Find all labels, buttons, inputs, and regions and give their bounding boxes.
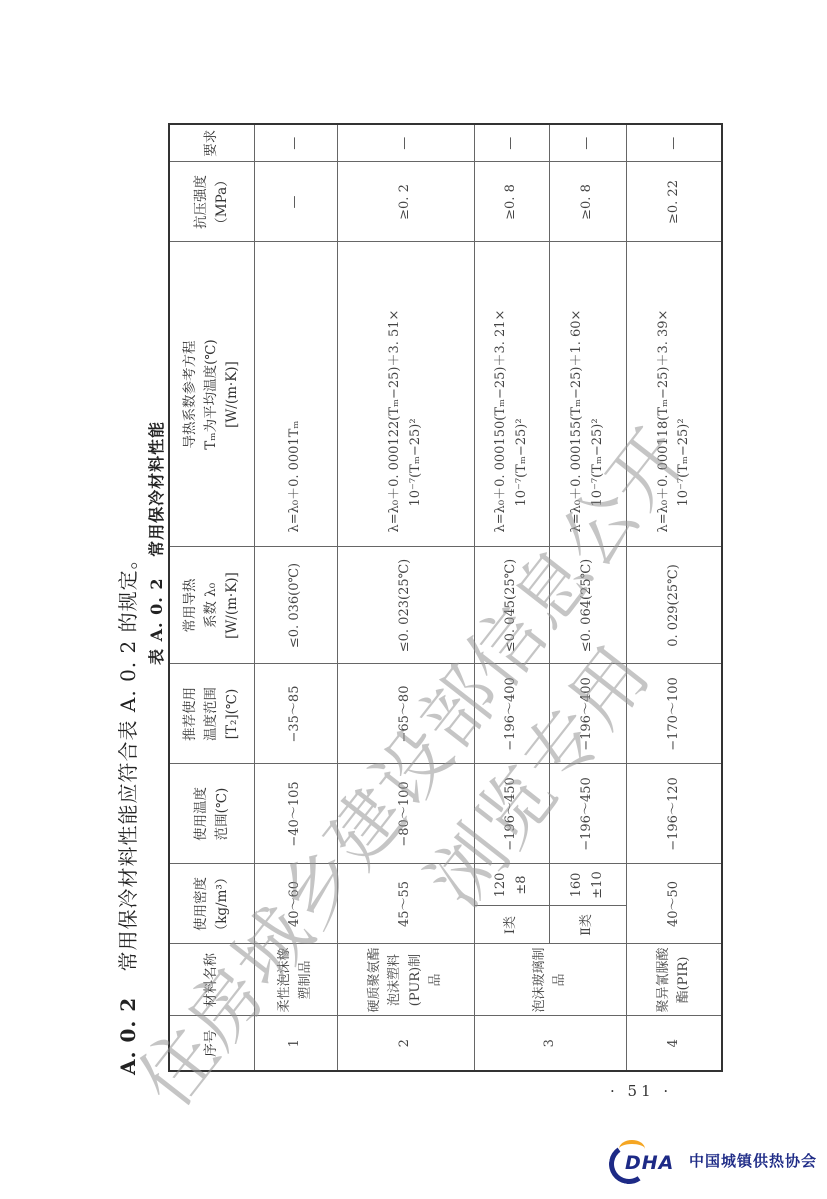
cell-requirement: — — [626, 124, 722, 162]
cell-density: 40～60 — [254, 864, 337, 944]
cell-equation: λ=λ₀＋0. 0001Tₘ — [254, 242, 337, 547]
table-caption: 表 A. 0. 2 常用保冷材料性能 — [144, 421, 167, 665]
cell-requirement: — — [337, 124, 474, 162]
table-header-row: 序号 材料名称 使用密度 （kg/m³） 使用温度 范围(℃) 推荐使用 温度范… — [169, 124, 254, 1071]
cell-class: Ⅱ类 — [549, 906, 626, 944]
cell-temp-range: −196～120 — [626, 764, 722, 864]
cell-lambda0: 0. 029(25℃) — [626, 547, 722, 664]
cell-lambda0: ≤0. 064(25℃) — [549, 547, 626, 664]
cell-requirement: — — [549, 124, 626, 162]
header-strength: 抗压强度 （MPa） — [169, 162, 254, 242]
table-caption-number: 表 A. 0. 2 — [147, 577, 166, 665]
cell-rec-temp: −196～400 — [549, 664, 626, 764]
cell-name: 泡沫玻璃制品 — [474, 944, 626, 1016]
cell-name: 柔性泡沫橡塑制品 — [254, 944, 337, 1016]
header-density: 使用密度 （kg/m³） — [169, 864, 254, 944]
cell-strength: — — [254, 162, 337, 242]
cell-no: 4 — [626, 1016, 722, 1071]
cell-density: 120 ±8 — [474, 864, 549, 906]
rotated-page-content: A. 0. 2 常用保冷材料性能应符合表 A. 0. 2 的规定。 表 A. 0… — [100, 125, 730, 1075]
cell-class: Ⅰ类 — [474, 906, 549, 944]
section-number: A. 0. 2 — [116, 997, 140, 1075]
cell-equation: λ=λ₀＋0. 000155(Tₘ−25)＋1. 60× 10⁻⁷(Tₘ−25)… — [549, 242, 626, 547]
header-no: 序号 — [169, 1016, 254, 1071]
header-recommended-temp: 推荐使用 温度范围 [T₂](℃) — [169, 664, 254, 764]
logo-name: 中国城镇供热协会 — [689, 1150, 817, 1171]
cell-equation: λ=λ₀＋0. 000118(Tₘ−25)＋3. 39× 10⁻⁷(Tₘ−25)… — [626, 242, 722, 547]
table-caption-title: 常用保冷材料性能 — [147, 421, 166, 557]
cell-no: 1 — [254, 1016, 337, 1071]
cell-name: 硬质聚氨酯泡沫塑料(PUR)制品 — [337, 944, 474, 1016]
cell-temp-range: −196～450 — [474, 764, 549, 864]
header-name: 材料名称 — [169, 944, 254, 1016]
cell-requirement: — — [254, 124, 337, 162]
cell-rec-temp: −196～400 — [474, 664, 549, 764]
header-lambda0: 常用导热 系数 λ₀ [W/(m·K)] — [169, 547, 254, 664]
header-requirement: 要求 — [169, 124, 254, 162]
cell-temp-range: −40～105 — [254, 764, 337, 864]
cell-no: 2 — [337, 1016, 474, 1071]
cell-strength: ≥0. 8 — [474, 162, 549, 242]
cell-requirement: — — [474, 124, 549, 162]
materials-table: 序号 材料名称 使用密度 （kg/m³） 使用温度 范围(℃) 推荐使用 温度范… — [168, 123, 723, 1072]
cell-rec-temp: −170～100 — [626, 664, 722, 764]
cell-rec-temp: −35～85 — [254, 664, 337, 764]
cell-equation: λ=λ₀＋0. 000150(Tₘ−25)＋3. 21× 10⁻⁷(Tₘ−25)… — [474, 242, 549, 547]
cell-strength: ≥0. 22 — [626, 162, 722, 242]
section-heading: A. 0. 2 常用保冷材料性能应符合表 A. 0. 2 的规定。 — [112, 548, 141, 1075]
cell-lambda0: ≤0. 045(25℃) — [474, 547, 549, 664]
table-row: Ⅱ类 160 ±10 −196～450 −196～400 ≤0. 064(25℃… — [549, 124, 626, 1071]
cell-density: 160 ±10 — [549, 864, 626, 906]
dha-logo-icon: DHA — [605, 1140, 685, 1180]
cell-density: 45～55 — [337, 864, 474, 944]
header-equation: 导热系数参考方程 Tₘ为平均温度(℃) [W/(m·K)] — [169, 242, 254, 547]
table-row: 3 泡沫玻璃制品 Ⅰ类 120 ±8 −196～450 −196～400 ≤0.… — [474, 124, 549, 1071]
cell-equation: λ=λ₀＋0. 000122(Tₘ−25)＋3. 51× 10⁻⁷(Tₘ−25)… — [337, 242, 474, 547]
cell-strength: ≥0. 2 — [337, 162, 474, 242]
cell-no: 3 — [474, 1016, 626, 1071]
cell-rec-temp: −65～80 — [337, 664, 474, 764]
table-row: 1 柔性泡沫橡塑制品 40～60 −40～105 −35～85 ≤0. 036(… — [254, 124, 337, 1071]
header-temp-range: 使用温度 范围(℃) — [169, 764, 254, 864]
cell-name: 聚异氰脲酸酯(PIR) — [626, 944, 722, 1016]
footer-logo: DHA 中国城镇供热协会 — [605, 1140, 817, 1180]
cell-temp-range: −80～100 — [337, 764, 474, 864]
cell-temp-range: −196～450 — [549, 764, 626, 864]
table-row: 2 硬质聚氨酯泡沫塑料(PUR)制品 45～55 −80～100 −65～80 … — [337, 124, 474, 1071]
cell-strength: ≥0. 8 — [549, 162, 626, 242]
table-row: 4 聚异氰脲酸酯(PIR) 40～50 −196～120 −170～100 0.… — [626, 124, 722, 1071]
logo-abbr: DHA — [625, 1152, 674, 1174]
page-number: · 51 · — [610, 1082, 672, 1100]
section-text: 常用保冷材料性能应符合表 A. 0. 2 的规定。 — [116, 548, 140, 971]
cell-lambda0: ≤0. 036(0℃) — [254, 547, 337, 664]
cell-density: 40～50 — [626, 864, 722, 944]
cell-lambda0: ≤0. 023(25℃) — [337, 547, 474, 664]
